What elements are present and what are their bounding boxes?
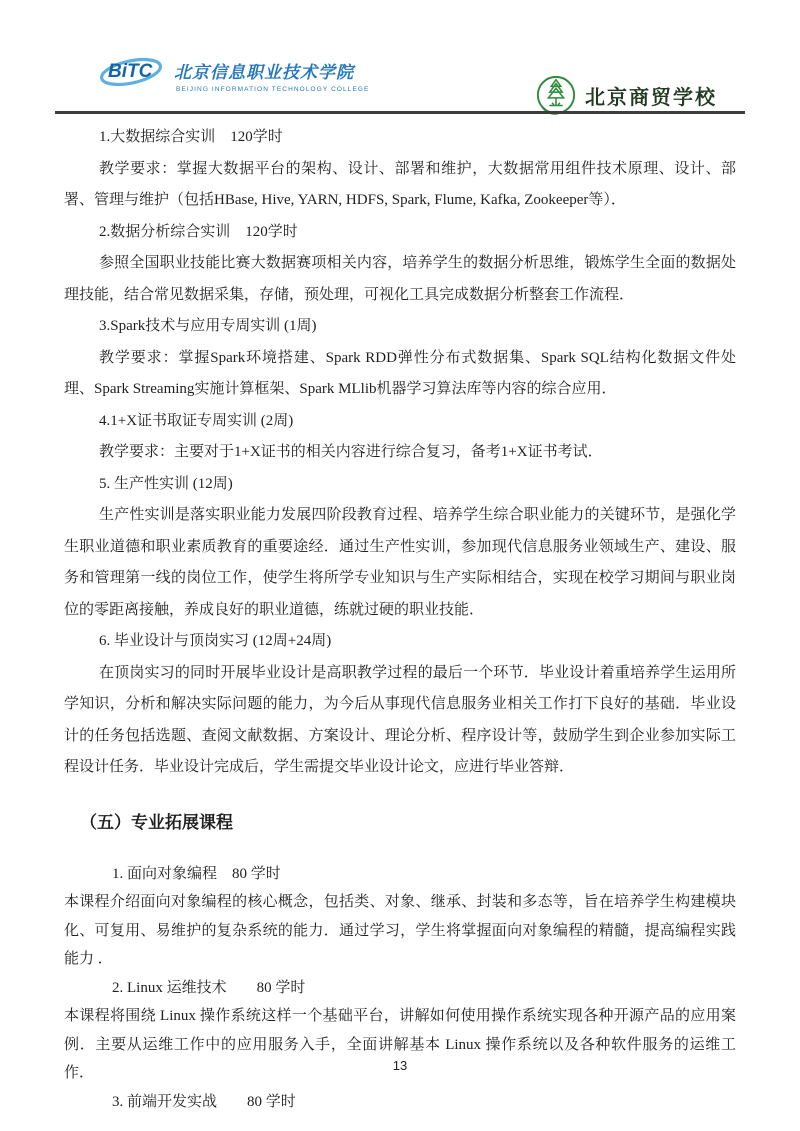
paragraph: 本课程将围绕 Linux 操作系统这样一个基础平台，讲解如何使用操作系统实现各种… xyxy=(64,1002,736,1088)
school-name-text: 北京商贸学校 xyxy=(585,81,717,110)
paragraph: 教学要求：掌握大数据平台的架构、设计、部署和维护，大数据常用组件技术原理、设计、… xyxy=(64,154,736,217)
page-number: 13 xyxy=(393,1058,407,1073)
school-logo: 北京商贸学校 xyxy=(535,74,717,116)
pine-tree-emblem-icon xyxy=(535,74,577,116)
bitc-college-name-cn: 北京信息职业技术学院 xyxy=(174,58,370,83)
course-item: 2.数据分析综合实训 120学时 xyxy=(64,217,736,249)
bitc-logo-text: 北京信息职业技术学院 BEIJING INFORMATION TECHNOLOG… xyxy=(174,56,370,93)
course-item: 1.大数据综合实训 120学时 xyxy=(64,122,736,154)
course-item: 3.Spark技术与应用专周实训 (1周) xyxy=(64,311,736,343)
paragraph: 本课程介绍面向对象编程的核心概念，包括类、对象、继承、封装和多态等，旨在培养学生… xyxy=(64,888,736,974)
paragraph: 教学要求：掌握Spark环境搭建、Spark RDD弹性分布式数据集、Spark… xyxy=(64,343,736,406)
document-page: BiTC 北京信息职业技术学院 BEIJING INFORMATION TECH… xyxy=(0,0,800,1131)
header-divider xyxy=(55,111,745,114)
bitc-logo-mark: BiTC xyxy=(98,56,170,90)
course-item: 4.1+X证书取证专周实训 (2周) xyxy=(64,406,736,438)
page-header: BiTC 北京信息职业技术学院 BEIJING INFORMATION TECH… xyxy=(0,0,800,120)
section-heading: （五）专业拓展课程 xyxy=(64,808,736,838)
course-item: 2. Linux 运维技术 80 学时 xyxy=(64,974,736,1003)
paragraph: 生产性实训是落实职业能力发展四阶段教育过程、培养学生综合职业能力的关键环节，是强… xyxy=(64,500,736,626)
course-item: 1. 面向对象编程 80 学时 xyxy=(64,860,736,889)
course-item: 3. 前端开发实战 80 学时 xyxy=(64,1088,736,1117)
paragraph: 参照全国职业技能比赛大数据赛项相关内容，培养学生的数据分析思维，锻炼学生全面的数… xyxy=(64,248,736,311)
document-body: 1.大数据综合实训 120学时教学要求：掌握大数据平台的架构、设计、部署和维护，… xyxy=(64,122,736,1116)
bitc-college-name-en: BEIJING INFORMATION TECHNOLOGY COLLEGE xyxy=(176,86,370,93)
paragraph: 在顶岗实习的同时开展毕业设计是高职教学过程的最后一个环节．毕业设计着重培养学生运… xyxy=(64,658,736,784)
bitc-logo: BiTC 北京信息职业技术学院 BEIJING INFORMATION TECH… xyxy=(98,56,370,93)
page-footer: 13 xyxy=(0,1058,800,1073)
course-item: 6. 毕业设计与顶岗实习 (12周+24周) xyxy=(64,626,736,658)
course-item: 5. 生产性实训 (12周) xyxy=(64,469,736,501)
paragraph: 教学要求：主要对于1+X证书的相关内容进行综合复习，备考1+X证书考试． xyxy=(64,437,736,469)
bitc-abbr-text: BiTC xyxy=(108,61,152,83)
